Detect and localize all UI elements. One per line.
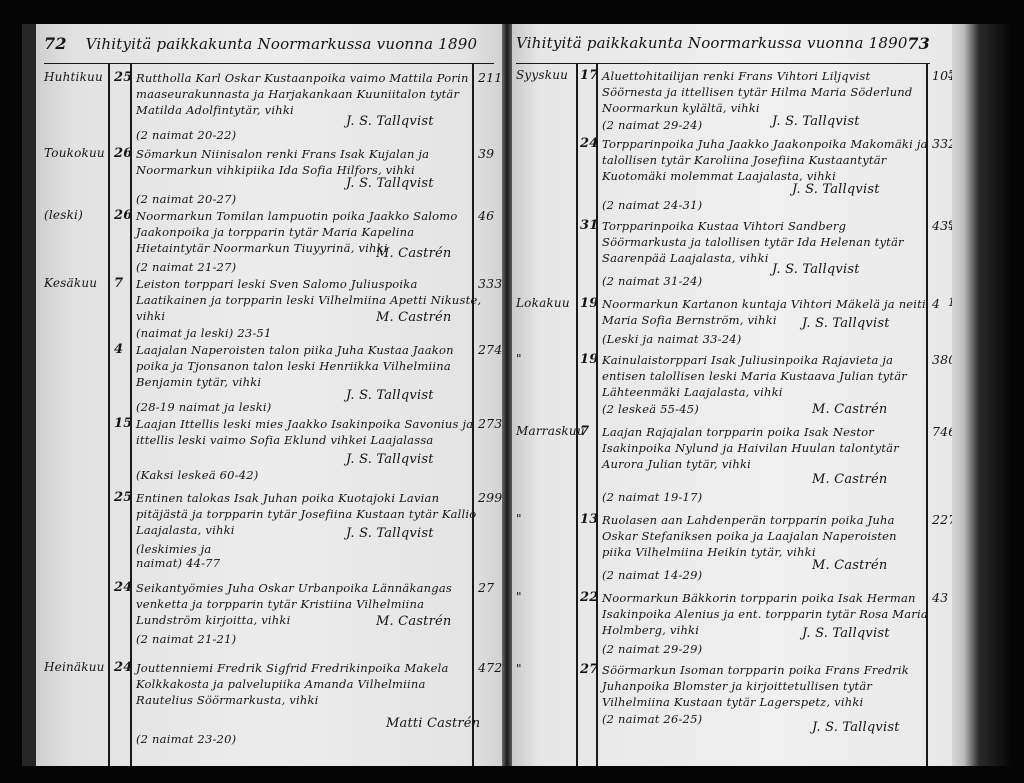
entry-note: (Leski ja naimat 33-24) xyxy=(602,332,741,346)
entry-note: (2 naimat 23-20) xyxy=(136,732,236,746)
left-page-title: Vihityitä paikkakunta Noormarkussa vuonn… xyxy=(86,35,478,53)
entry-number: 43 xyxy=(932,590,948,605)
entry-day: 24 xyxy=(114,580,133,595)
right-page-title: Vihityitä paikkakunta Noormarkussa vuonn… xyxy=(516,34,908,52)
entry-number: 27 xyxy=(478,580,494,595)
entry-day: 4 xyxy=(114,342,123,357)
entry-signature: M. Castrén xyxy=(812,402,887,417)
entry-text: Sömarkun Niinisalon renki Frans Isak Kuj… xyxy=(136,146,484,178)
entry-day: 24 xyxy=(114,660,133,675)
entry-signature: J. S. Tallqvist xyxy=(346,114,434,129)
entry-day: 13 xyxy=(580,512,599,527)
entry-month: (leski) xyxy=(44,208,108,222)
entry-text: Kainulaistorppari Isak Juliusinpoika Raj… xyxy=(602,352,930,400)
register-entry: 24 Seikantyömies Juha Oskar Urbanpoika L… xyxy=(36,580,502,650)
right-page: Vihityitä paikkakunta Noormarkussa vuonn… xyxy=(512,24,952,766)
entry-month: Marraskuu xyxy=(516,424,578,438)
register-entry: (leski) 26 Noormarkun Tomilan lampuotin … xyxy=(36,208,502,274)
entry-signature: M. Castrén xyxy=(376,310,451,325)
entry-number: 274 xyxy=(478,342,502,357)
entry-signature: J. S. Tallqvist xyxy=(346,388,434,403)
entry-month: Toukokuu xyxy=(44,146,108,160)
entry-number: 211 xyxy=(478,70,502,85)
entry-text: Laajan Rajajalan torpparin poika Isak Ne… xyxy=(602,424,930,472)
entry-note: (2 leskeä 55-45) xyxy=(602,402,699,416)
left-page-header: 72 Vihityitä paikkakunta Noormarkussa vu… xyxy=(44,34,494,64)
entry-day: 19 xyxy=(580,352,599,367)
register-entry: Heinäkuu 24 Jouttenniemi Fredrik Sigfrid… xyxy=(36,660,502,760)
entry-text: Laajalan Naperoisten talon piika Juha Ku… xyxy=(136,342,484,390)
entry-number: 46 xyxy=(478,208,494,223)
entry-signature: J. S. Tallqvist xyxy=(802,316,890,331)
entry-note: (2 naimat 14-29) xyxy=(602,568,702,582)
entry-note: (leskimies ja naimat) 44-77 xyxy=(136,542,256,570)
entry-month: " xyxy=(516,662,578,676)
entry-day: 7 xyxy=(114,276,123,291)
right-page-header: Vihityitä paikkakunta Noormarkussa vuonn… xyxy=(516,34,930,64)
entry-text: Ruttholla Karl Oskar Kustaanpoika vaimo … xyxy=(136,70,484,118)
entry-month: Heinäkuu xyxy=(44,660,108,674)
register-entry: 24 Torpparinpoika Juha Jaakko Jaakonpoik… xyxy=(512,136,952,214)
entry-note: (2 naimat 19-17) xyxy=(602,490,702,504)
left-page-number: 72 xyxy=(44,34,67,53)
entry-day: 25 xyxy=(114,490,133,505)
register-entry: " 27 Söörmarkun Isoman torpparin poika F… xyxy=(512,662,952,742)
entry-signature: J. S. Tallqvist xyxy=(792,182,880,197)
entry-note: (2 naimat 20-27) xyxy=(136,192,236,206)
entry-number: 746 xyxy=(932,424,952,439)
entry-text: Söörmarkun Isoman torpparin poika Frans … xyxy=(602,662,930,710)
entry-number: 39 xyxy=(478,146,494,161)
entry-number: 332 xyxy=(932,136,952,151)
entry-month: Kesäkuu xyxy=(44,276,108,290)
entry-note: (2 naimat 21-27) xyxy=(136,260,236,274)
entry-month: Lokakuu xyxy=(516,296,578,310)
page-edge-shadow xyxy=(952,24,1012,766)
entry-number: 472 xyxy=(478,660,502,675)
register-entry: " 13 Ruolasen aan Lahdenperän torpparin … xyxy=(512,512,952,582)
entry-signature: M. Castrén xyxy=(376,246,451,261)
entry-day: 31 xyxy=(580,218,599,233)
entry-text: Laajan Ittellis leski mies Jaakko Isakin… xyxy=(136,416,484,448)
entry-note: (2 naimat 26-25) xyxy=(602,712,702,726)
right-page-number: 73 xyxy=(907,34,930,53)
entry-day: 7 xyxy=(580,424,589,439)
entry-note: (2 naimat 31-24) xyxy=(602,274,702,288)
entry-day: 17 xyxy=(580,68,599,83)
register-entry: " 19 Kainulaistorppari Isak Juliusinpoik… xyxy=(512,352,952,418)
entry-text: Torpparinpoika Kustaa Vihtori Sandberg S… xyxy=(602,218,930,266)
entry-text: Jouttenniemi Fredrik Sigfrid Fredrikinpo… xyxy=(136,660,484,708)
entry-signature: M. Castrén xyxy=(812,472,887,487)
register-entry: " 22 Noormarkun Bäkkorin torpparin poika… xyxy=(512,590,952,656)
entry-month: " xyxy=(516,590,578,604)
entry-day: 25 xyxy=(114,70,133,85)
entry-note: (2 naimat 21-21) xyxy=(136,632,236,646)
entry-signature: J. S. Tallqvist xyxy=(812,720,900,735)
entry-day: 26 xyxy=(114,208,133,223)
entry-signature: J. S. Tallqvist xyxy=(346,452,434,467)
entry-note: (2 naimat 24-31) xyxy=(602,198,702,212)
register-entry: 15 Laajan Ittellis leski mies Jaakko Isa… xyxy=(36,416,502,486)
entry-number: 227 xyxy=(932,512,952,527)
entry-signature: J. S. Tallqvist xyxy=(802,626,890,641)
entry-signature: M. Castrén xyxy=(812,558,887,573)
book-gutter xyxy=(502,24,512,766)
entry-note: (2 naimat 20-22) xyxy=(136,128,236,142)
entry-month: " xyxy=(516,512,578,526)
entry-day: 15 xyxy=(114,416,133,431)
entry-number: 333 xyxy=(478,276,502,291)
register-entry: Huhtikuu 25 Ruttholla Karl Oskar Kustaan… xyxy=(36,70,502,142)
left-page: 72 Vihityitä paikkakunta Noormarkussa vu… xyxy=(22,24,502,766)
entry-signature: M. Castrén xyxy=(376,614,451,629)
entry-month: Syyskuu xyxy=(516,68,578,82)
entry-day: 26 xyxy=(114,146,133,161)
register-entry: Syyskuu 17 Aluettohitailijan renki Frans… xyxy=(512,68,952,130)
entry-day: 24 xyxy=(580,136,599,151)
entry-note: (Kaksi leskeä 60-42) xyxy=(136,468,258,482)
entry-signature: Matti Castrén xyxy=(386,716,480,731)
register-entry: 25 Entinen talokas Isak Juhan poika Kuot… xyxy=(36,490,502,574)
entry-number: 380 xyxy=(932,352,952,367)
entry-day: 22 xyxy=(580,590,599,605)
entry-note: (2 naimat 29-29) xyxy=(602,642,702,656)
entry-text: Ruolasen aan Lahdenperän torpparin poika… xyxy=(602,512,930,560)
entry-month: " xyxy=(516,352,578,366)
register-entry: 31 Torpparinpoika Kustaa Vihtori Sandber… xyxy=(512,218,952,290)
entry-number: 273 xyxy=(478,416,502,431)
entry-signature: J. S. Tallqvist xyxy=(346,176,434,191)
entry-signature: J. S. Tallqvist xyxy=(772,114,860,129)
register-entry: 4 Laajalan Naperoisten talon piika Juha … xyxy=(36,342,502,414)
entry-note: (28-19 naimat ja leski) xyxy=(136,400,271,414)
register-entry: Lokakuu 19 Noormarkun Kartanon kuntaja V… xyxy=(512,296,952,346)
entry-month: Huhtikuu xyxy=(44,70,108,84)
entry-number: 299 xyxy=(478,490,502,505)
register-entry: Toukokuu 26 Sömarkun Niinisalon renki Fr… xyxy=(36,146,502,206)
entry-signature: J. S. Tallqvist xyxy=(346,526,434,541)
entry-text: Aluettohitailijan renki Frans Vihtori Li… xyxy=(602,68,930,116)
entry-note: (naimat ja leski) 23-51 xyxy=(136,326,271,340)
entry-note: (2 naimat 29-24) xyxy=(602,118,702,132)
register-entry: Marraskuu 7 Laajan Rajajalan torpparin p… xyxy=(512,424,952,506)
entry-day: 19 xyxy=(580,296,599,311)
entry-day: 27 xyxy=(580,662,599,677)
entry-number: 4 xyxy=(932,296,940,311)
register-entry: Kesäkuu 7 Leiston torppari leski Sven Sa… xyxy=(36,276,502,340)
register-spread: 72 Vihityitä paikkakunta Noormarkussa vu… xyxy=(22,24,1012,766)
entry-signature: J. S. Tallqvist xyxy=(772,262,860,277)
entry-text: Torpparinpoika Juha Jaakko Jaakonpoika M… xyxy=(602,136,930,184)
